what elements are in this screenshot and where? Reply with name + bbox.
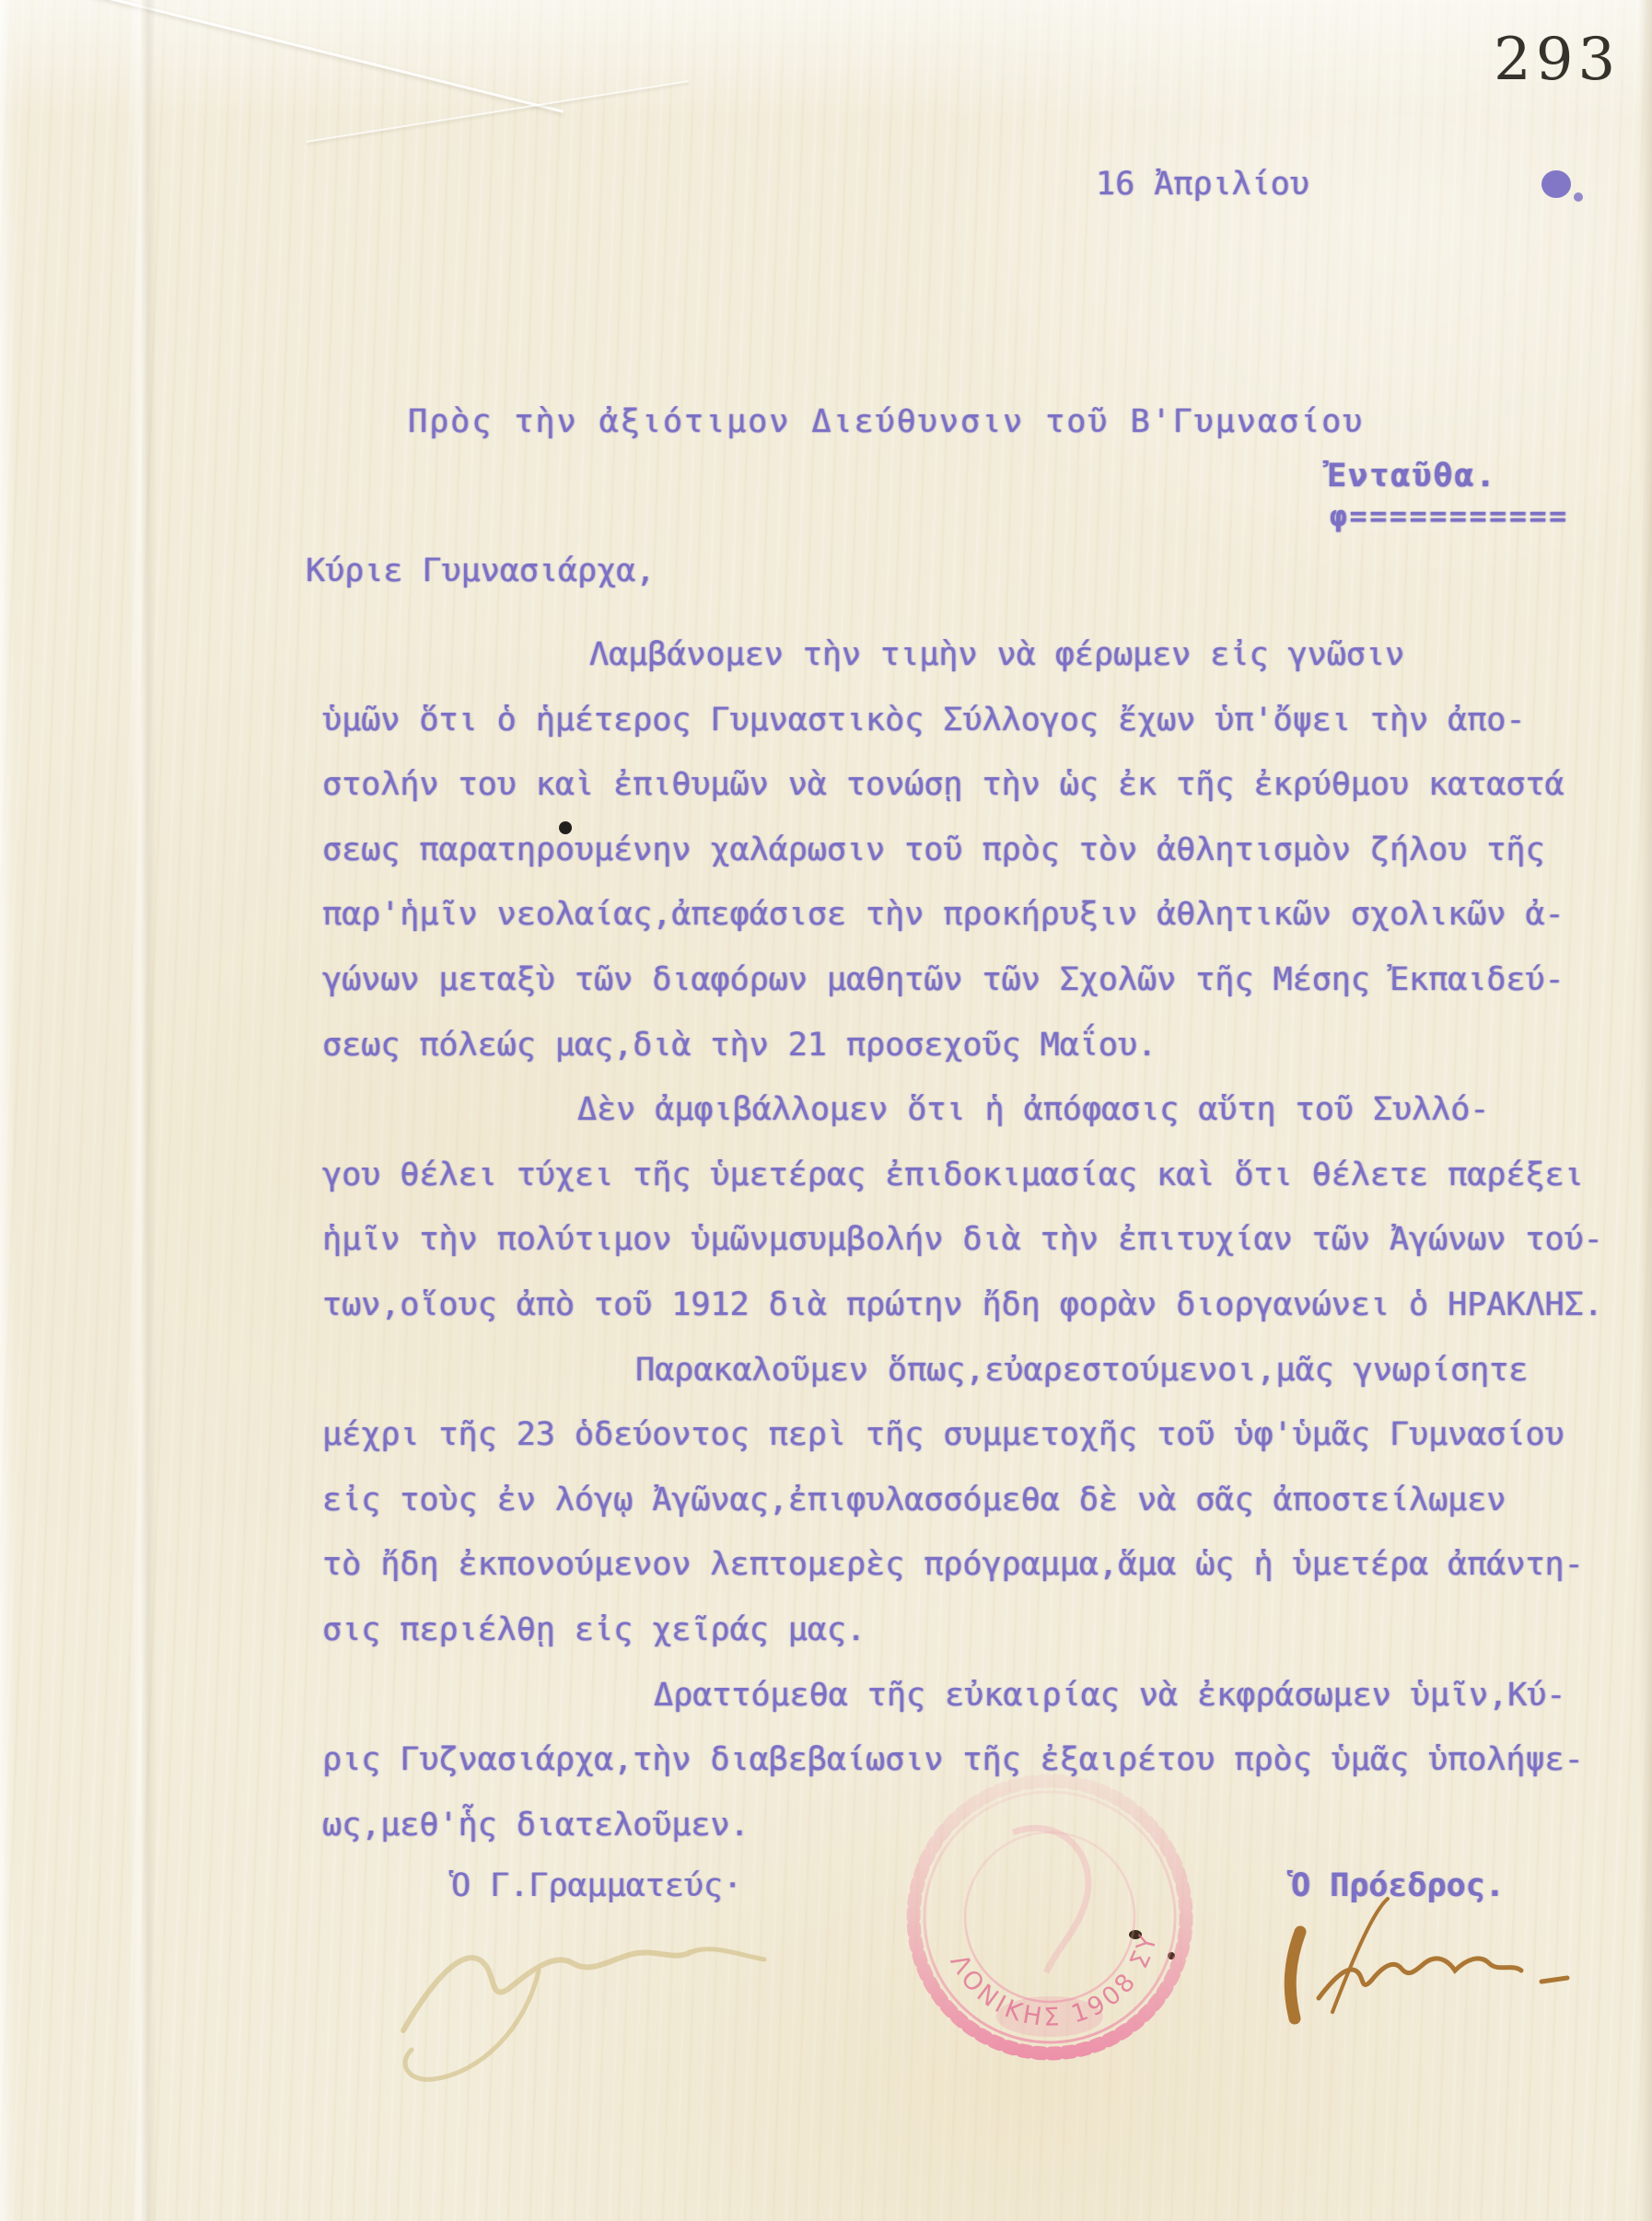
body-line: των,οἵους ἀπὸ τοῦ 1912 διὰ πρώτην ἤδη φο… (322, 1273, 1611, 1338)
location-underline: φ=========== (1330, 500, 1569, 533)
body-line: ὑμῶν ὅτι ὁ ἡμέτερος Γυμναστικὸς Σύλλογος… (322, 688, 1611, 753)
secretary-signature (403, 1949, 764, 2080)
body-line: Παρακαλοῦμεν ὅπως,εὐαρεστούμενοι,μᾶς γνω… (322, 1338, 1611, 1403)
body-line: ρις Γυζνασιάρχα,τὴν διαβεβαίωσιν τῆς ἐξα… (322, 1727, 1611, 1793)
body-line: Λαμβάνομεν τὴν τιμὴν νὰ φέρωμεν εἰς γνῶσ… (322, 622, 1611, 688)
recipient-line: Πρὸς τὴν ἀξιότιμον Διεύθυνσιν τοῦ Β'Γυμν… (408, 403, 1364, 440)
secretary-title: Ὁ Γ.Γραμματεύς· (451, 1853, 742, 1919)
paper-crease-top (0, 0, 1652, 120)
page-number: 293 (1494, 26, 1620, 94)
letter-body: Λαμβάνομεν τὴν τιμὴν νὰ φέρωμεν εἰς γνῶσ… (322, 622, 1611, 1857)
body-line: σεως παρατηρουμένην χαλάρωσιν τοῦ πρὸς τ… (322, 818, 1611, 883)
president-title: Ὁ Πρόεδρος. (1291, 1853, 1505, 1919)
body-line: γου θέλει τύχει τῆς ὑμετέρας ἐπιδοκιμασί… (322, 1143, 1611, 1208)
body-line: στολήν του καὶ ἐπιθυμῶν νὰ τονώσῃ τὴν ὡς… (322, 752, 1611, 818)
body-line: τὸ ἤδη ἐκπονούμενον λεπτομερὲς πρόγραμμα… (322, 1532, 1611, 1598)
body-line: ἡμῖν τὴν πολύτιμον ὑμῶνμσυμβολήν διὰ τὴν… (322, 1207, 1611, 1273)
location-line: Ἐνταῦθα. (1327, 458, 1497, 494)
ink-blot (1541, 170, 1583, 202)
body-line: ως,μεθ'ἧς διατελοῦμεν. (322, 1793, 1611, 1858)
body-line: σεως πόλεώς μας,διὰ τὴν 21 προσεχοῦς Μαΐ… (322, 1013, 1611, 1078)
scanned-letter-page: 293 16 Ἀπριλίου Πρὸς τὴν ἀξιότιμον Διεύθ… (0, 0, 1652, 2221)
body-line: σις περιέλθῃ εἰς χεῖράς μας. (322, 1598, 1611, 1663)
body-line: Δραττόμεθα τῆς εὐκαιρίας νὰ ἐκφράσωμεν ὑ… (322, 1663, 1611, 1728)
paper-crease-diagonal (306, 80, 688, 143)
salutation: Κύριε Γυμνασιάρχα, (306, 552, 655, 589)
closing-row: Ὁ Γ.Γραμματεύς· Ὁ Πρόεδρος. (0, 1853, 1652, 1919)
body-line: εἰς τοὺς ἐν λόγῳ Ἀγῶνας,ἐπιφυλασσόμεθα δ… (322, 1468, 1611, 1533)
body-line: μέχρι τῆς 23 ὁδεύοντος περὶ τῆς συμμετοχ… (322, 1402, 1611, 1468)
date-line: 16 Ἀπριλίου (1096, 166, 1309, 203)
body-line: παρ'ἡμῖν νεολαίας,ἀπεφάσισε τὴν προκήρυξ… (322, 882, 1611, 948)
body-line: γώνων μεταξὺ τῶν διαφόρων μαθητῶν τῶν Σχ… (322, 948, 1611, 1013)
paper-crease-diagonal (63, 0, 564, 113)
body-line: Δὲν ἀμφιβάλλομεν ὅτι ἡ ἀπόφασις αὕτη τοῦ… (322, 1077, 1611, 1143)
